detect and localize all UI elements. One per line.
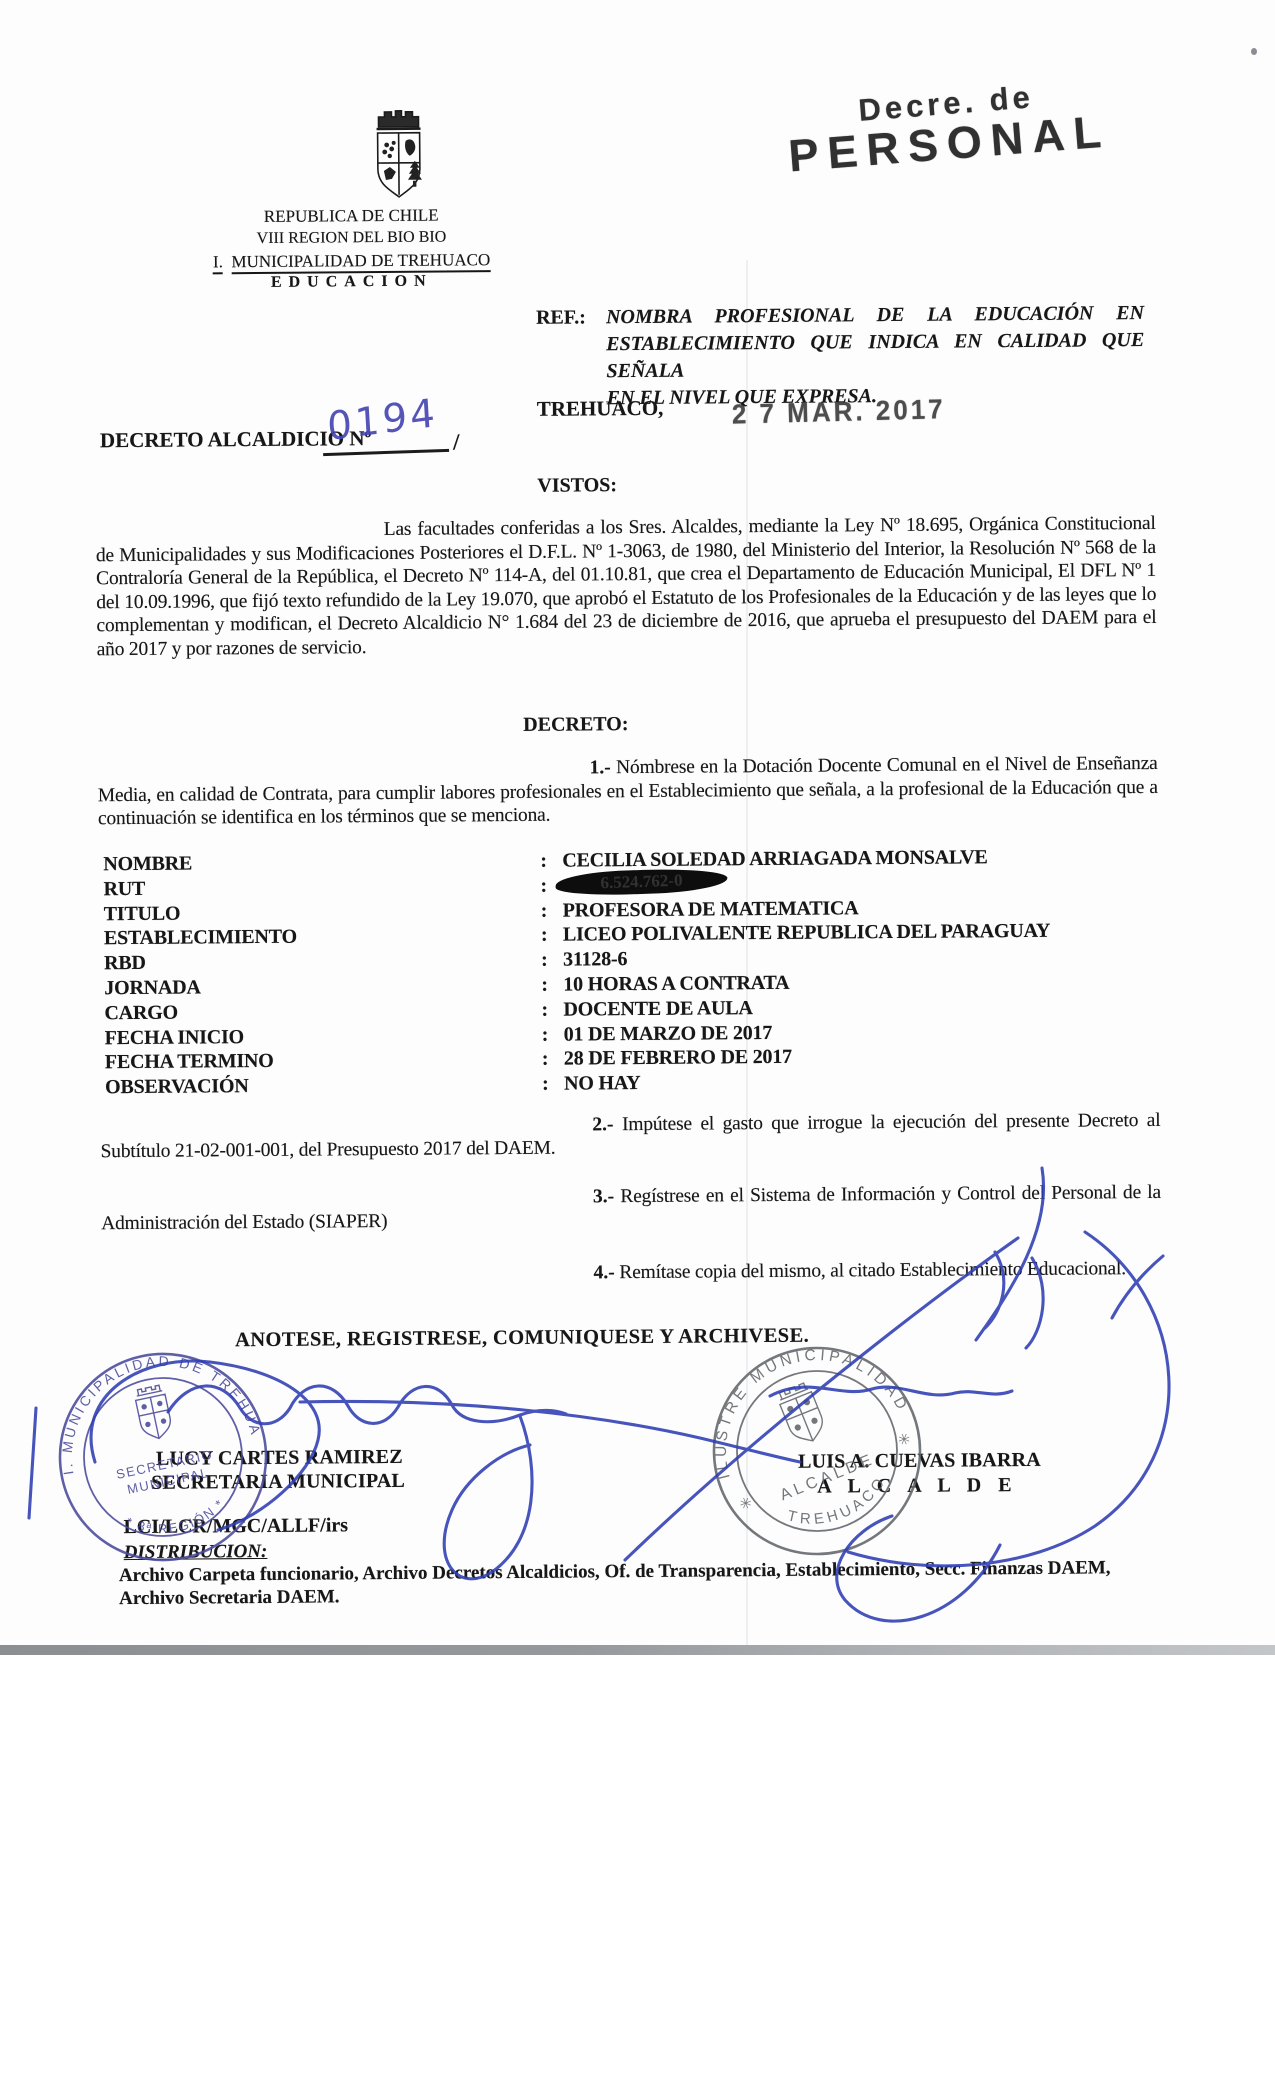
field-label: NOMBRE — [103, 850, 540, 876]
field-colon: : — [541, 899, 563, 922]
municipality-prefix: I. — [213, 252, 223, 274]
field-label: FECHA INICIO — [105, 1023, 542, 1049]
decreto-item-3: 3.- Regístrese en el Sistema de Informac… — [101, 1182, 1161, 1235]
decreto-item-4: 4.- Remítase copia del mismo, al citado … — [101, 1258, 1161, 1289]
redacted-rut-value: 6.524.762-0 — [600, 871, 683, 893]
handwritten-decree-number: 0194 — [326, 391, 439, 450]
field-value: 01 DE MARZO DE 2017 — [564, 1022, 773, 1046]
decree-number-slash: / — [453, 429, 460, 455]
date-stamp: 2 7 MAR. 2017 — [731, 393, 946, 431]
item-2-text: Impútese el gasto que irrogue la ejecuci… — [101, 1110, 1161, 1162]
ref-line-2: ESTABLECIMIENTO QUE INDICA EN CALIDAD QU… — [606, 327, 1144, 385]
scanned-decree-page: REPUBLICA DE CHILE VIII REGION DEL BIO B… — [0, 0, 1275, 2100]
header-department: EDUCACION — [172, 272, 532, 293]
field-colon: : — [541, 998, 563, 1021]
item-4-number: 4.- — [593, 1262, 614, 1283]
item-3-number: 3.- — [593, 1186, 614, 1207]
field-value: DOCENTE DE AULA — [563, 997, 752, 1020]
field-value: CECILIA SOLEDAD ARRIAGADA MONSALVE — [562, 846, 988, 871]
scanner-edge-band — [0, 1645, 1275, 1655]
field-value: 10 HORAS A CONTRATA — [563, 972, 789, 996]
item-1-number: 1.- — [590, 757, 611, 778]
field-colon: : — [542, 1073, 564, 1096]
field-label: RBD — [104, 949, 541, 975]
field-value: PROFESORA DE MATEMATICA — [563, 897, 859, 921]
item-2-number: 2.- — [592, 1114, 613, 1135]
item-3-text: Regístrese en el Sistema de Información … — [101, 1182, 1161, 1234]
item-1-text: Nómbrese en la Dotación Docente Comunal … — [98, 753, 1158, 829]
alcalde-title: A L C A L D E — [817, 1474, 1017, 1499]
decreto-heading: DECRETO: — [523, 713, 628, 737]
distribution-text: Archivo Carpeta funcionario, Archivo Dec… — [119, 1556, 1177, 1610]
item-4-text: Remítase copia del mismo, al citado Esta… — [619, 1258, 1126, 1283]
field-value: LICEO POLIVALENTE REPUBLICA DEL PARAGUAY — [563, 920, 1050, 946]
field-label: CARGO — [104, 999, 541, 1025]
field-label: ESTABLECIMIENTO — [104, 924, 541, 950]
vistos-heading: VISTOS: — [537, 474, 617, 498]
place-label: TREHUACO, — [537, 396, 664, 422]
field-colon: : — [542, 1048, 564, 1071]
field-label: JORNADA — [104, 974, 541, 1000]
field-colon: : — [541, 974, 563, 997]
decreto-item-2: 2.- Impútese el gasto que irrogue la eje… — [100, 1110, 1160, 1163]
vistos-paragraph: Las facultades conferidas a los Sres. Al… — [96, 512, 1157, 661]
scan-speck — [1251, 48, 1257, 55]
field-label: FECHA TERMINO — [105, 1048, 542, 1074]
ref-label: REF.: — [536, 306, 586, 329]
field-value: 28 DE FEBRERO DE 2017 — [564, 1046, 792, 1070]
field-label: RUT — [103, 875, 540, 901]
distribution-label: DISTRIBUCION: — [124, 1541, 268, 1564]
field-value: NO HAY — [564, 1072, 641, 1095]
field-value: 31128-6 — [563, 948, 627, 971]
typed-content: REPUBLICA DE CHILE VIII REGION DEL BIO B… — [0, 0, 1275, 1655]
field-colon: : — [541, 949, 563, 972]
field-label: TITULO — [104, 899, 541, 925]
appointment-fields: NOMBRE:CECILIA SOLEDAD ARRIAGADA MONSALV… — [103, 845, 1175, 1101]
coat-of-arms-icon — [360, 105, 437, 208]
decreto-item-1: 1.- Nómbrese en la Dotación Docente Comu… — [98, 752, 1159, 831]
field-colon: : — [540, 850, 562, 873]
secretaria-name: LUCY CARTES RAMIREZ — [156, 1446, 403, 1471]
secretaria-title: SECRETARIA MUNICIPAL — [151, 1470, 405, 1495]
ref-line-1: NOMBRA PROFESIONAL DE LA EDUCACIÓN EN — [606, 300, 1144, 331]
field-colon: : — [541, 924, 563, 947]
header-region: VIII REGION DEL BIO BIO — [171, 228, 531, 249]
field-colon: : — [542, 1023, 564, 1046]
field-label: OBSERVACIÓN — [105, 1073, 542, 1099]
alcalde-name: LUIS A. CUEVAS IBARRA — [798, 1449, 1041, 1474]
header-country: REPUBLICA DE CHILE — [171, 205, 531, 228]
responsibility-initials: LCI/LCR/MGC/ALLF/irs — [123, 1514, 348, 1539]
municipality-name: MUNICIPALIDAD DE TREHUACO — [231, 250, 490, 274]
closing-line: ANOTESE, REGISTRESE, COMUNIQUESE Y ARCHI… — [235, 1325, 809, 1353]
header-municipality: I. MUNICIPALIDAD DE TREHUACO — [172, 250, 532, 273]
